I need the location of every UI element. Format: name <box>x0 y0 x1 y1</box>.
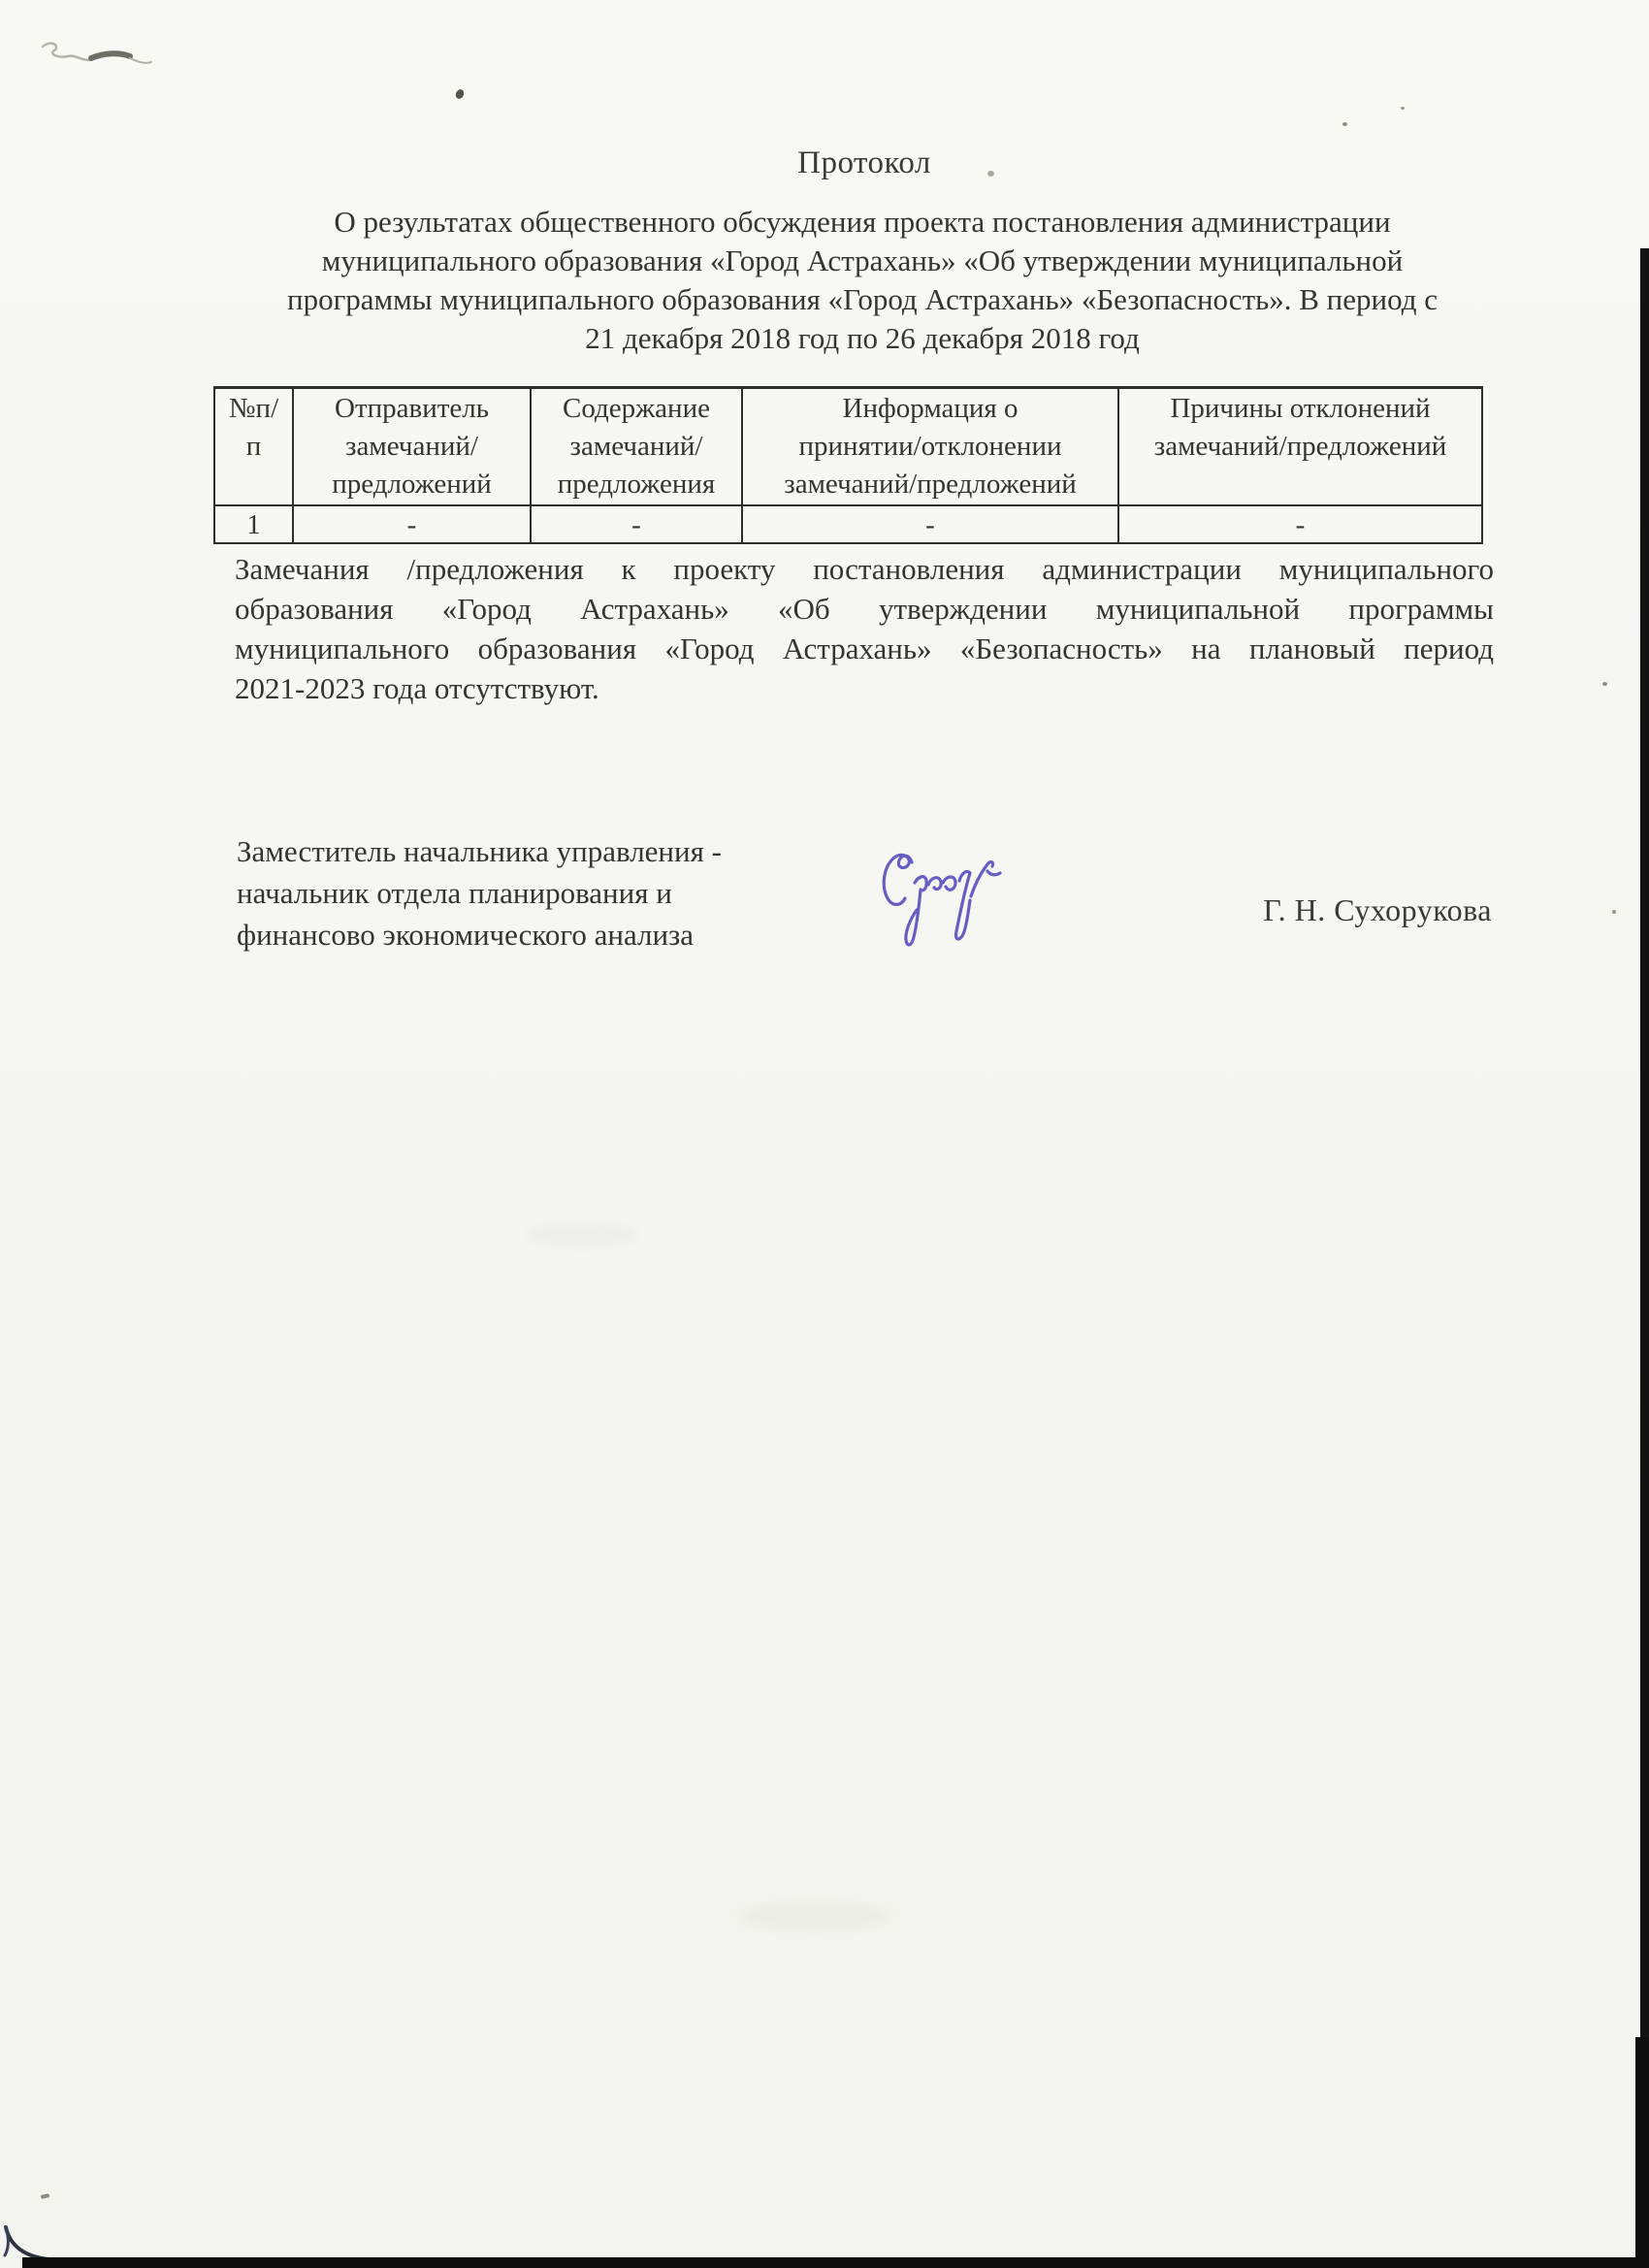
intro-paragraph: О результатах общественного обсуждения п… <box>223 203 1502 358</box>
signature-title-line: начальник отдела планирования и <box>237 872 838 914</box>
signature-title-line: Заместитель начальника управления - <box>237 830 838 872</box>
table-cell: - <box>742 505 1118 543</box>
table-header-row: №п/ п Отправитель замечаний/ предложений… <box>214 388 1482 506</box>
table-header-cell: Информация о принятии/отклонении замечан… <box>742 388 1118 506</box>
ink-speck <box>1401 107 1405 110</box>
scan-edge-bottom <box>22 2257 1649 2268</box>
ink-speck <box>41 2193 50 2199</box>
signature-title-line: финансово экономического анализа <box>237 914 838 956</box>
intro-line: программы муниципального образования «Го… <box>223 280 1502 319</box>
table-header-cell: №п/ п <box>214 388 293 506</box>
body-paragraph: Замечания /предложения к проекту постано… <box>235 549 1494 708</box>
pencil-scribble-mark <box>37 35 182 79</box>
table-header-cell: Отправитель замечаний/ предложений <box>293 388 531 506</box>
ink-speck <box>1612 910 1616 914</box>
intro-line: муниципального образования «Город Астрах… <box>223 242 1502 280</box>
table-row: 1 - - - - <box>214 505 1482 543</box>
table-cell: 1 <box>214 505 293 543</box>
page-title: Протокол <box>235 146 1494 181</box>
ink-speck <box>1342 122 1347 126</box>
table-header-cell: Причины отклонений замечаний/предложений <box>1118 388 1482 506</box>
comments-table: №п/ п Отправитель замечаний/ предложений… <box>213 386 1483 544</box>
paper-smudge <box>524 1222 640 1247</box>
intro-line: О результатах общественного обсуждения п… <box>223 203 1502 242</box>
body-line: муниципального образования «Город Астрах… <box>235 629 1494 668</box>
body-line: 2021-2023 года отсутствуют. <box>235 668 1494 708</box>
table-cell: - <box>1118 505 1482 543</box>
handwritten-signature <box>878 842 1023 968</box>
table-cell: - <box>293 505 531 543</box>
intro-line: 21 декабря 2018 год по 26 декабря 2018 г… <box>223 319 1502 358</box>
scan-edge-right <box>1640 248 1649 2268</box>
document-page: Протокол О результатах общественного обс… <box>0 0 1649 2268</box>
body-line: образования «Город Астрахань» «Об утверж… <box>235 589 1494 629</box>
paper-smudge <box>737 1901 892 1930</box>
signer-name: Г. Н. Сухорукова <box>1263 892 1492 928</box>
ink-speck <box>1602 682 1607 686</box>
ink-speck <box>454 88 465 100</box>
body-line: Замечания /предложения к проекту постано… <box>235 549 1494 589</box>
ink-speck <box>987 171 994 177</box>
table-cell: - <box>531 505 742 543</box>
signature-title: Заместитель начальника управления - нача… <box>237 830 838 956</box>
scan-edge-right-lower <box>1635 2037 1649 2268</box>
table-header-cell: Содержание замечаний/ предложения <box>531 388 742 506</box>
